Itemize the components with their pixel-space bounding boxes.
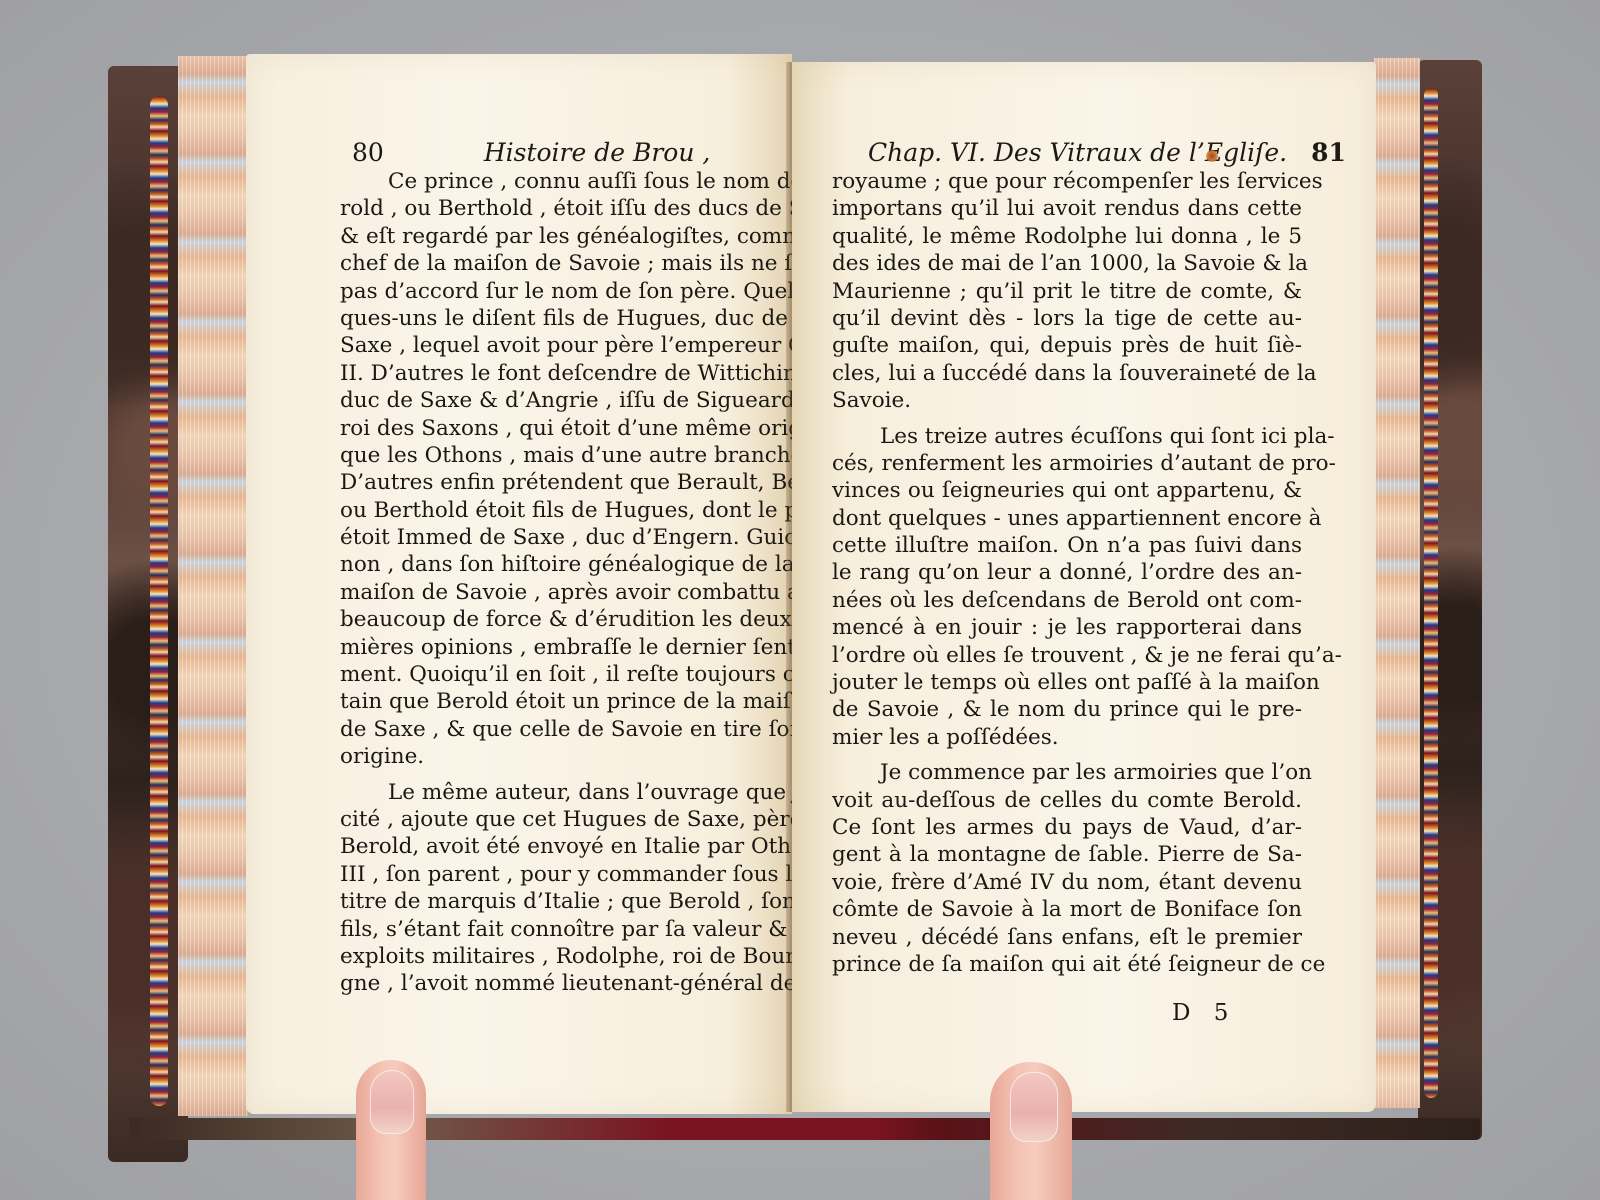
text-line: Le même auteur, dans l’ouvrage que j’ai xyxy=(340,779,788,806)
paragraph-gap xyxy=(832,415,1302,423)
text-line: jouter le temps où elles ont paſſé à la … xyxy=(832,669,1302,696)
text-line: neveu , décédé ſans enfans, eſt le premi… xyxy=(832,924,1302,951)
fingernail xyxy=(370,1070,414,1134)
text-line: ques-uns le diſent fils de Hugues, duc d… xyxy=(340,305,788,332)
text-line: mier les a poſſédées. xyxy=(832,724,1302,751)
right-page-text: royaume ; que pour récompenſer les ſervi… xyxy=(832,168,1302,978)
text-line: mières opinions , embraſſe le dernier ſe… xyxy=(340,634,788,661)
text-line: royaume ; que pour récompenſer les ſervi… xyxy=(832,168,1302,195)
text-line: le rang qu’on leur a donné, l’ordre des … xyxy=(832,559,1302,586)
paragraph-gap xyxy=(340,771,788,779)
signature-mark: D 5 xyxy=(1172,1000,1236,1026)
text-line: titre de marquis d’Italie ; que Berold ,… xyxy=(340,888,788,915)
text-line: Ce ſont les armes du pays de Vaud, d’ar- xyxy=(832,814,1302,841)
text-line: ou Berthold étoit fils de Hugues, dont l… xyxy=(340,497,788,524)
right-running-title: Chap. VI. Des Vitraux de l’Egliſe. xyxy=(868,138,1287,167)
text-line: cles, lui a ſuccédé dans la ſouveraineté… xyxy=(832,360,1302,387)
text-line: étoit Immed de Saxe , duc d’Engern. Guic… xyxy=(340,524,788,551)
text-line: des ides de mai de l’an 1000, la Savoie … xyxy=(832,250,1302,277)
text-line: maiſon de Savoie , après avoir combattu … xyxy=(340,579,788,606)
text-line: origine. xyxy=(340,743,788,770)
text-line: fils, s’étant fait connoître par ſa vale… xyxy=(340,916,788,943)
text-line: de Savoie , & le nom du prince qui le pr… xyxy=(832,696,1302,723)
text-line: Les treize autres écuſſons qui ſont ici … xyxy=(832,423,1302,450)
left-running-head: 80 Histoire de Brou , xyxy=(352,138,692,167)
text-line: prince de ſa maiſon qui ait été ſeigneur… xyxy=(832,951,1302,978)
right-running-head: Chap. VI. Des Vitraux de l’Egliſe. 81 xyxy=(868,138,1346,167)
text-line: qualité, le même Rodolphe lui donna , le… xyxy=(832,223,1302,250)
book-spine-bottom-edge xyxy=(130,1118,1480,1140)
right-finger xyxy=(990,1062,1072,1200)
foxing-stain xyxy=(1206,150,1218,162)
book-cover-left xyxy=(108,66,188,1162)
left-running-title: Histoire de Brou , xyxy=(484,138,711,167)
text-line: Maurienne ; qu’il prit le titre de comte… xyxy=(832,278,1302,305)
text-line: Savoie. xyxy=(832,387,1302,414)
text-line: qu’il devint dès - lors la tige de cette… xyxy=(832,305,1302,332)
text-line: chef de la maiſon de Savoie ; mais ils n… xyxy=(340,250,788,277)
marbled-endpaper-right xyxy=(1424,88,1438,1098)
text-line: II. D’autres le font deſcendre de Wittic… xyxy=(340,360,788,387)
text-line: voit au-deſſous de celles du comte Berol… xyxy=(832,787,1302,814)
text-line: Je commence par les armoiries que l’on xyxy=(832,759,1302,786)
text-line: cette illuſtre maiſon. On n’a pas ſuivi … xyxy=(832,532,1302,559)
text-line: gent à la montagne de ſable. Pierre de S… xyxy=(832,841,1302,868)
text-line: cômte de Savoie à la mort de Boniface ſo… xyxy=(832,896,1302,923)
left-finger xyxy=(356,1060,426,1200)
page-fore-edge-right xyxy=(1374,58,1420,1108)
marbled-endpaper-left xyxy=(150,96,168,1106)
text-line: III , ſon parent , pour y commander ſous… xyxy=(340,861,788,888)
text-line: pas d’accord ſur le nom de ſon père. Que… xyxy=(340,278,788,305)
text-line: voie, frère d’Amé IV du nom, étant deven… xyxy=(832,869,1302,896)
text-line: duc de Saxe & d’Angrie , iſſu de Siguear… xyxy=(340,387,788,414)
text-line: que les Othons , mais d’une autre branch… xyxy=(340,442,788,469)
paragraph-gap xyxy=(832,751,1302,759)
text-line: ment. Quoiqu’il en ſoit , il reſte toujo… xyxy=(340,661,788,688)
text-line: & eſt regardé par les généalogiſtes, com… xyxy=(340,223,788,250)
text-line: D’autres enfin prétendent que Berault, B… xyxy=(340,469,788,496)
text-line: Berold, avoit été envoyé en Italie par O… xyxy=(340,833,788,860)
text-line: l’ordre où elles ſe trouvent , & je ne f… xyxy=(832,642,1302,669)
right-page-number: 81 xyxy=(1311,138,1346,167)
text-line: tain que Berold étoit un prince de la ma… xyxy=(340,688,788,715)
text-line: dont quelques - unes appartiennent encor… xyxy=(832,505,1302,532)
text-line: cité , ajoute que cet Hugues de Saxe, pè… xyxy=(340,806,788,833)
text-line: gne , l’avoit nommé lieutenant-général d… xyxy=(340,970,788,997)
text-line: mencé à en jouir : je les rapporterai da… xyxy=(832,614,1302,641)
text-line: non , dans ſon hiſtoire généalogique de … xyxy=(340,551,788,578)
text-line: vinces ou ſeigneuries qui ont appartenu,… xyxy=(832,477,1302,504)
text-line: importans qu’il lui avoit rendus dans ce… xyxy=(832,195,1302,222)
text-line: cés, renferment les armoiries d’autant d… xyxy=(832,450,1302,477)
text-line: Ce prince , connu auſſi ſous le nom de B… xyxy=(340,168,788,195)
left-page-number: 80 xyxy=(352,138,384,167)
text-line: nées où les deſcendans de Berold ont com… xyxy=(832,587,1302,614)
text-line: roi des Saxons , qui étoit d’une même or… xyxy=(340,415,788,442)
left-page-text: Ce prince , connu auſſi ſous le nom de B… xyxy=(340,168,788,998)
text-line: de Saxe , & que celle de Savoie en tire … xyxy=(340,716,788,743)
text-line: rold , ou Berthold , étoit iſſu des ducs… xyxy=(340,195,788,222)
text-line: beaucoup de force & d’érudition les deux… xyxy=(340,606,788,633)
text-line: Saxe , lequel avoit pour père l’empereur… xyxy=(340,332,788,359)
text-line: guſte maiſon, qui, depuis près de huit ſ… xyxy=(832,332,1302,359)
fingernail xyxy=(1010,1072,1058,1142)
page-fore-edge-left xyxy=(178,56,248,1116)
text-line: exploits militaires , Rodolphe, roi de B… xyxy=(340,943,788,970)
